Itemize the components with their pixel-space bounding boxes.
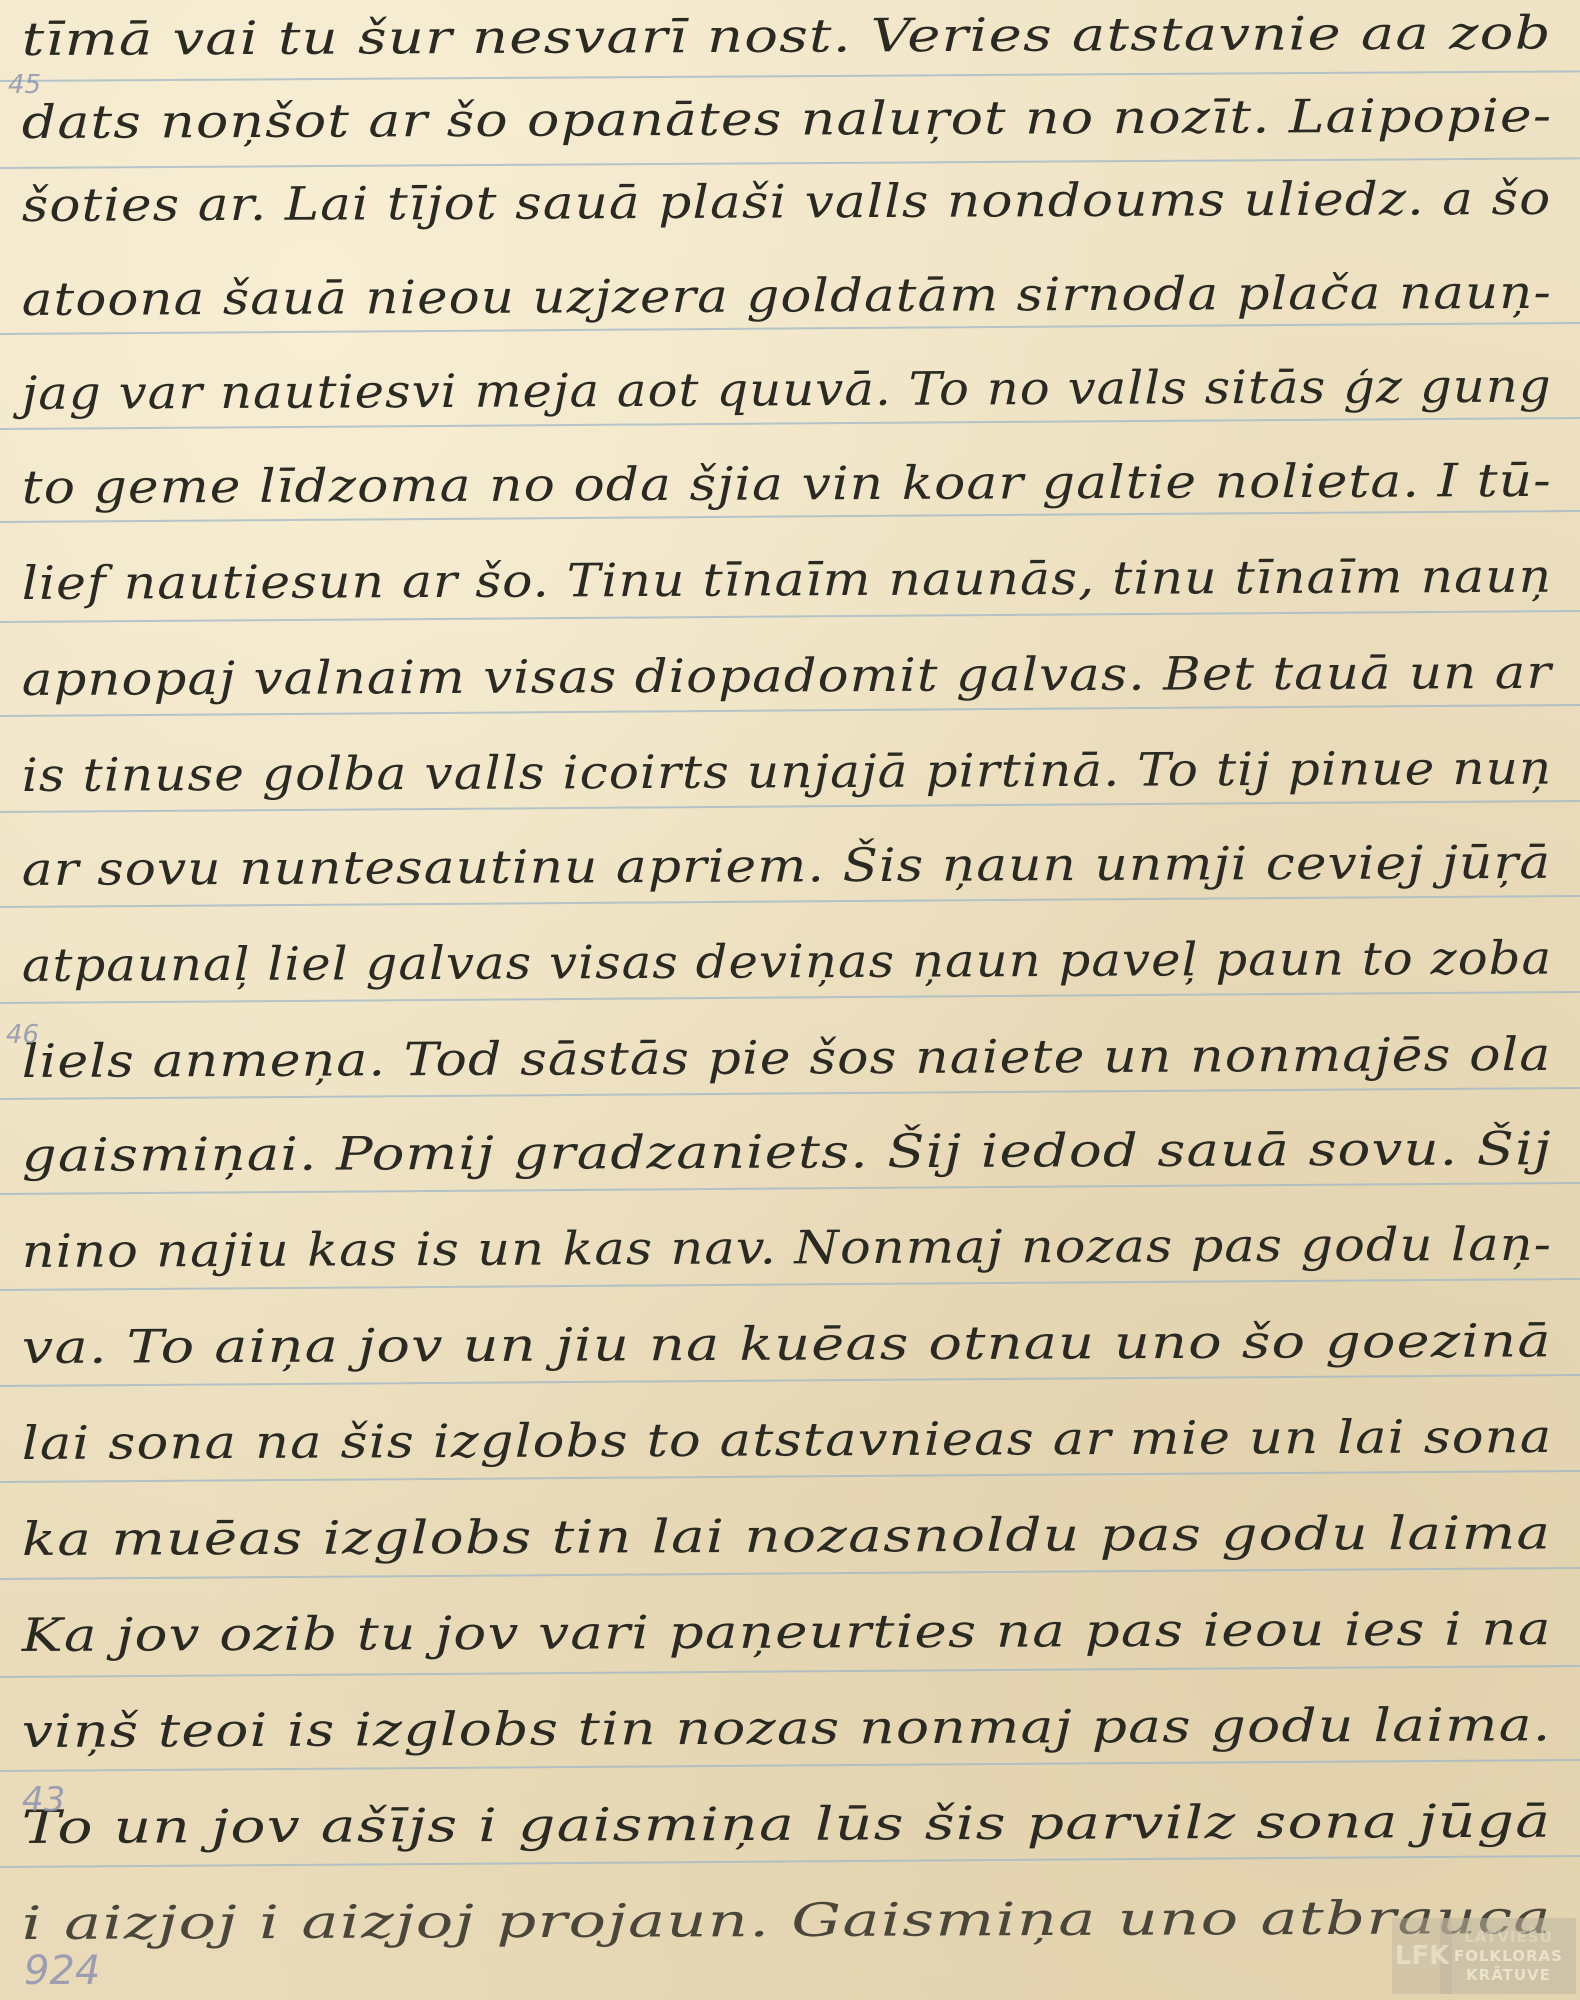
watermark-text: LATVIEŠU FOLKLORAS KRĀTUVE [1454,1928,1563,1985]
archive-logo-icon: LFK [1392,1918,1452,1994]
rule-line [0,991,1580,1004]
handwritten-line: ka muēas izglobs tin lai nozasnoldu pas … [22,1505,1552,1566]
rule-line [0,1374,1580,1387]
rule-line [0,1470,1580,1483]
rule-line [0,1087,1580,1100]
handwritten-line: lai sona na šis izglobs to atstavnieas a… [22,1409,1553,1470]
rule-line [0,1567,1580,1580]
watermark-line: KRĀTUVE [1454,1966,1563,1985]
handwritten-line: To un jov ašījs i gaismiņa lūs šis parvi… [22,1794,1552,1854]
rule-line [0,610,1580,623]
watermark-line: LATVIEŠU [1454,1928,1563,1947]
handwritten-line: to geme līdzoma no oda šjia vin koar gal… [22,453,1552,514]
handwritten-line: jag var nautiesvi meja aot quuvā. To no … [22,359,1552,420]
handwritten-line: gaismiņai. Pomij gradzaniets. Šij iedod … [22,1121,1552,1182]
handwritten-line: ar sovu nuntesautinu apriem. Šis ņaun un… [22,835,1552,896]
handwritten-line: tīmā vai tu šur nesvarī nost. Veries ats… [22,5,1552,66]
handwritten-line: dats noņšot ar šo opanātes naluŗot no no… [22,88,1553,149]
rule-line [0,1759,1580,1772]
handwritten-line: liels anmeņa. Tod sāstās pie šos naiete … [22,1027,1552,1088]
archive-watermark: LFK LATVIEŠU FOLKLORAS KRĀTUVE [1440,1918,1576,1994]
rule-line [0,70,1580,82]
manuscript-page: tīmā vai tu šur nesvarī nost. Veries ats… [0,0,1580,2000]
handwritten-line: šoties ar. Lai tījot sauā plaši valls no… [22,171,1552,232]
margin-number: 45 [8,70,41,100]
rule-line [0,157,1580,169]
rule-line [0,800,1580,813]
rule-line [0,895,1580,908]
rule-line [0,1182,1580,1195]
handwritten-line: Ka jov ozib tu jov vari paņeurties na pa… [22,1601,1552,1662]
handwritten-line: lief nautiesun ar šo. Tinu tīnaīm naunās… [22,549,1553,610]
margin-number: 924 [24,1948,100,1994]
handwritten-line: va. To aiņa jov un jiu na kuēas otnau un… [22,1313,1552,1374]
handwritten-line: i aizjoj i aizjoj projaun. Gaismiņa uno … [22,1890,1552,1950]
handwritten-line: is tinuse golba valls icoirts unjajā pir… [22,741,1553,802]
handwritten-line: apnopaj valnaim visas diopadomit galvas.… [22,645,1553,706]
watermark-line: FOLKLORAS [1454,1947,1563,1966]
rule-line [0,1855,1580,1868]
margin-number: 43 [22,1780,65,1820]
handwritten-line: nino najiu kas is un kas nav. Nonmaj noz… [22,1217,1553,1278]
handwritten-line: atpaunaļ liel galvas visas deviņas ņaun … [22,931,1553,992]
handwritten-line: atoona šauā nieou uzjzera goldatām sirno… [22,265,1552,326]
rule-line [0,1278,1580,1291]
rule-line [0,1665,1580,1678]
handwritten-line: viņš teoi is izglobs tin nozas nonmaj pa… [22,1697,1552,1758]
margin-number: 46 [6,1020,39,1050]
rule-line [0,704,1580,717]
